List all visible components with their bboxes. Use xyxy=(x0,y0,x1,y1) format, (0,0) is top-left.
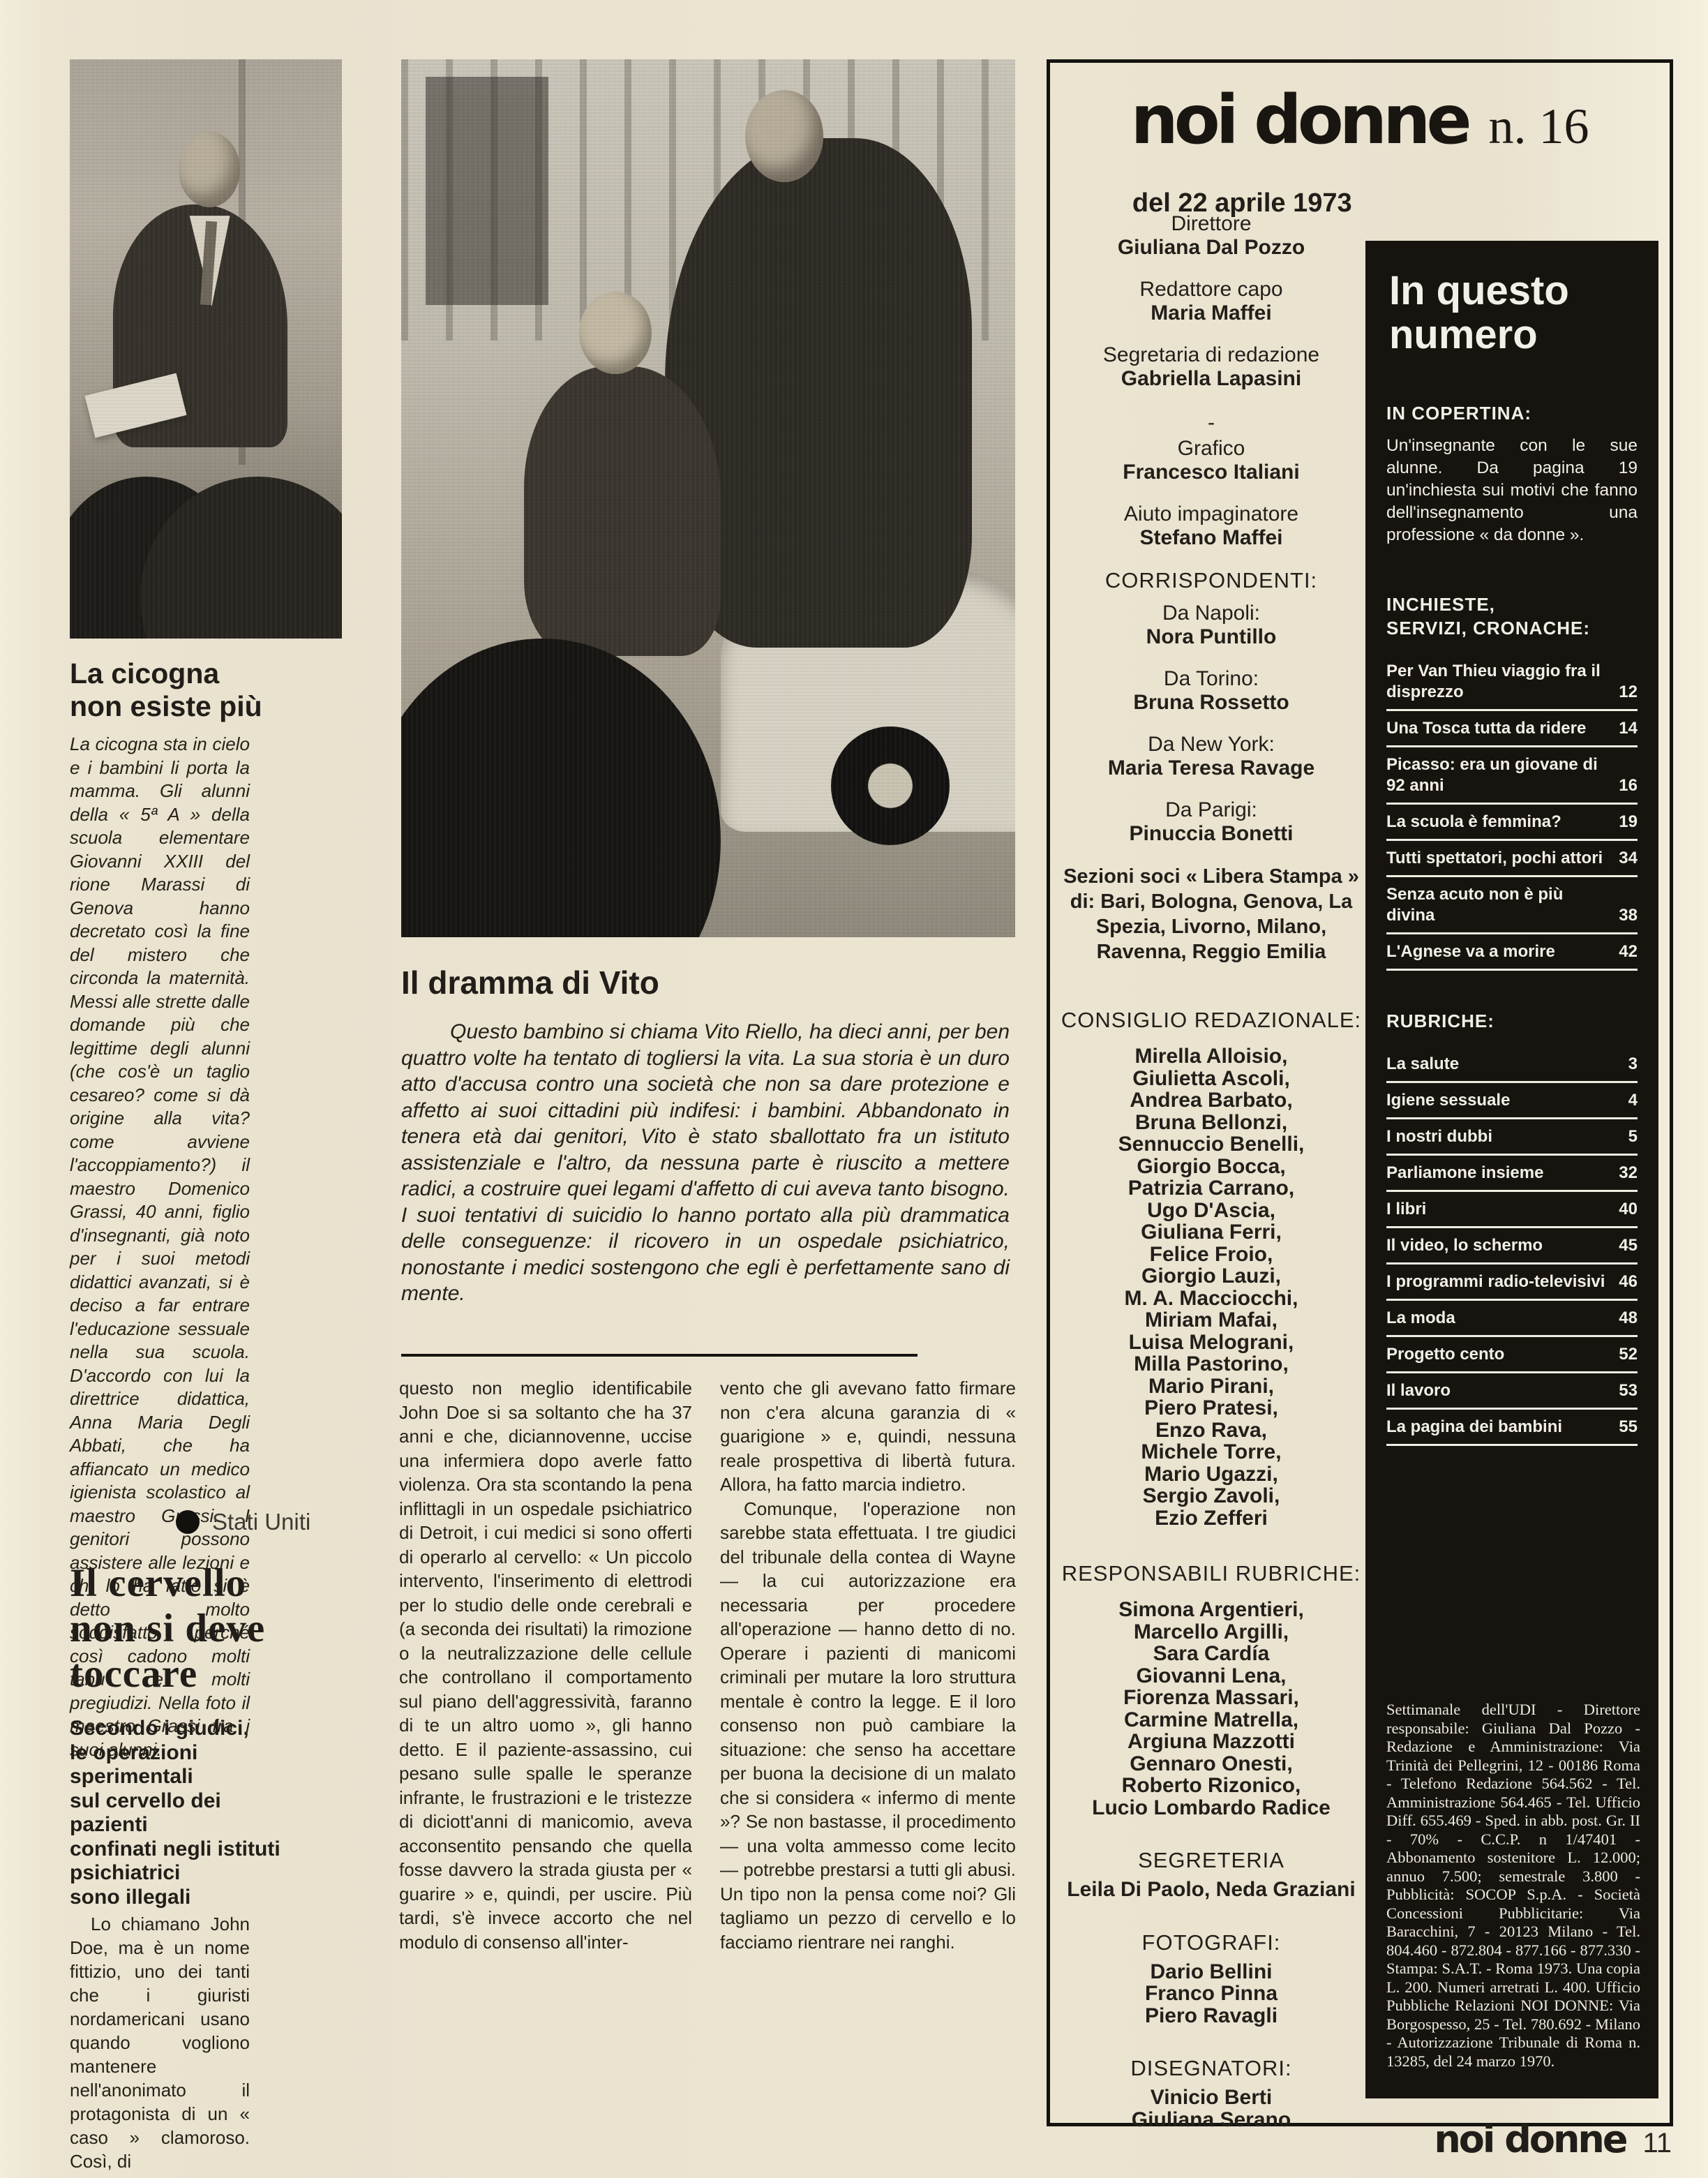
editorial-board-member: Patrizia Carrano, xyxy=(1054,1177,1369,1200)
toc-entry-page: 34 xyxy=(1619,848,1638,869)
photo-shape xyxy=(524,366,721,656)
toc-entry-page: 19 xyxy=(1619,812,1638,833)
toc-entry-page: 14 xyxy=(1619,718,1638,739)
correspondents-list: Da Napoli: Nora Puntillo Da Torino: Brun… xyxy=(1054,602,1369,846)
toc-entry-page: 52 xyxy=(1619,1344,1638,1365)
secretariat-names: Leila Di Paolo, Neda Graziani xyxy=(1054,1879,1369,1901)
toc-entry-title: Il video, lo schermo xyxy=(1386,1235,1543,1256)
toc-rubrics-list: La salute 3 Igiene sessuale 4 I nostri d… xyxy=(1386,1047,1638,1446)
toc-entry: Igiene sessuale 4 xyxy=(1386,1083,1638,1119)
staff-name: Maria Maffei xyxy=(1054,301,1369,325)
toc-entry: Il lavoro 53 xyxy=(1386,1373,1638,1410)
toc-entry: La moda 48 xyxy=(1386,1301,1638,1337)
body-column-2-paragraph: Comunque, l'operazione non sarebbe stata… xyxy=(720,1497,1016,1955)
correspondent-name: Maria Teresa Ravage xyxy=(1054,756,1369,780)
correspondent-entry: Da Torino: Bruna Rossetto xyxy=(1054,667,1369,715)
staff-role: Direttore xyxy=(1054,212,1369,236)
rubric-head-member: Lucio Lombardo Radice xyxy=(1054,1797,1369,1819)
staff-entry: Segretaria di redazione Gabriella Lapasi… xyxy=(1054,343,1369,391)
toc-entry: Parliamone insieme 32 xyxy=(1386,1156,1638,1192)
rubric-head-member: Fiorenza Massari, xyxy=(1054,1687,1369,1709)
article-standfirst-cervello: Secondo i giudici, le operazioni sperime… xyxy=(70,1717,300,1909)
editorial-board-member: Giulietta Ascoli, xyxy=(1054,1068,1369,1090)
staff-role: Redattore capo xyxy=(1054,278,1369,301)
toc-rubrics-header: RUBRICHE: xyxy=(1386,1009,1638,1033)
editorial-board-member: Bruna Bellonzi, xyxy=(1054,1112,1369,1134)
toc-entry-page: 45 xyxy=(1619,1235,1638,1256)
toc-entry: L'Agnese va a morire 42 xyxy=(1386,934,1638,971)
toc-entry-title: Parliamone insieme xyxy=(1386,1163,1543,1184)
editorial-board-member: Miriam Mafai, xyxy=(1054,1309,1369,1332)
toc-entry: Picasso: era un giovane di 92 anni 16 xyxy=(1386,747,1638,805)
staff-role: Aiuto impaginatore xyxy=(1054,502,1369,526)
dateline-stati-uniti: Stati Uniti xyxy=(176,1509,310,1535)
editorial-board-member: Milla Pastorino, xyxy=(1054,1353,1369,1375)
staff-entry: Redattore capo Maria Maffei xyxy=(1054,278,1369,325)
photo-shape xyxy=(831,726,950,845)
toc-entry: Per Van Thieu viaggio fra il disprezzo 1… xyxy=(1386,654,1638,711)
toc-entry-title: Senza acuto non è più divina xyxy=(1386,884,1608,926)
toc-entry-page: 46 xyxy=(1619,1271,1638,1292)
toc-entry-title: La pagina dei bambini xyxy=(1386,1417,1562,1438)
rubric-head-member: Gennaro Onesti, xyxy=(1054,1753,1369,1775)
photo-shape xyxy=(426,77,548,305)
vito-photo xyxy=(401,59,1015,937)
staff-name: Stefano Maffei xyxy=(1054,526,1369,550)
photographers-header: FOTOGRAFI: xyxy=(1054,1930,1369,1955)
photographer-name: Franco Pinna xyxy=(1054,1983,1369,2005)
toc-entry-title: I libri xyxy=(1386,1199,1426,1220)
photo-shape xyxy=(179,132,240,207)
staff-role: Segretaria di redazione xyxy=(1054,343,1369,367)
photo-shape xyxy=(401,59,1015,341)
illustrator-name: Vinicio Berti xyxy=(1054,2087,1369,2109)
editorial-board-member: Felice Froio, xyxy=(1054,1244,1369,1266)
correspondents-header: CORRISPONDENTI: xyxy=(1054,568,1369,593)
editorial-board-member: Luisa Melograni, xyxy=(1054,1332,1369,1354)
issue-number: n. 16 xyxy=(1489,98,1589,154)
correspondent-name: Nora Puntillo xyxy=(1054,625,1369,649)
correspondent-entry: Da Napoli: Nora Puntillo xyxy=(1054,602,1369,649)
masthead: noi donnen. 16 xyxy=(1050,81,1670,159)
toc-entry-page: 16 xyxy=(1619,775,1638,796)
toc-entry-page: 5 xyxy=(1628,1126,1638,1147)
editorial-board-member: Giorgio Bocca, xyxy=(1054,1156,1369,1178)
editorial-board-member: Mirella Alloisio, xyxy=(1054,1045,1369,1068)
correspondent-entry: Da New York: Maria Teresa Ravage xyxy=(1054,733,1369,780)
article-body-cervello: Lo chiamano John Doe, ma è un nome fitti… xyxy=(70,1912,250,2173)
body-column-2: vento che gli avevano fatto firmare non … xyxy=(720,1376,1016,1954)
rubric-head-member: Simona Argentieri, xyxy=(1054,1599,1369,1621)
body-column-2-paragraph: vento che gli avevano fatto firmare non … xyxy=(720,1376,1016,1497)
vito-lede: Questo bambino si chiama Vito Riello, ha… xyxy=(401,1019,1010,1307)
illustrators-header: DISEGNATORI: xyxy=(1054,2056,1369,2081)
staff-bottom-list: Grafico Francesco Italiani Aiuto impagin… xyxy=(1054,437,1369,550)
editorial-board-member: Ezio Zefferi xyxy=(1054,1507,1369,1530)
toc-entry-page: 12 xyxy=(1619,682,1638,703)
editorial-board-member: M. A. Macciocchi, xyxy=(1054,1288,1369,1310)
photo-shape xyxy=(721,569,1015,832)
toc-entry-page: 38 xyxy=(1619,905,1638,926)
photo-shape xyxy=(190,216,230,306)
staff-list: Direttore Giuliana Dal Pozzo Redattore c… xyxy=(1054,212,1369,2131)
photographers-list: Dario BelliniFranco PinnaPiero Ravagli xyxy=(1054,1961,1369,2027)
toc-entry: Senza acuto non è più divina 38 xyxy=(1386,877,1638,934)
toc-panel: In questo numero IN COPERTINA: Un'insegn… xyxy=(1365,241,1658,2098)
rubric-head-member: Carmine Matrella, xyxy=(1054,1709,1369,1731)
toc-entry-page: 48 xyxy=(1619,1308,1638,1329)
toc-entry-title: La moda xyxy=(1386,1308,1455,1329)
toc-entry: I programmi radio-televisivi 46 xyxy=(1386,1265,1638,1301)
editorial-board-member: Sennuccio Benelli, xyxy=(1054,1133,1369,1156)
photo-shape xyxy=(70,477,244,639)
caption-title-vito: Il dramma di Vito xyxy=(401,964,659,1001)
editorial-board-list: Mirella Alloisio,Giulietta Ascoli,Andrea… xyxy=(1054,1045,1369,1529)
illustrator-name: Giuliana Serano xyxy=(1054,2109,1369,2131)
illustrators-list: Vinicio BertiGiuliana Serano xyxy=(1054,2087,1369,2131)
toc-entry-page: 3 xyxy=(1628,1054,1638,1075)
article-title-cicogna: La cicogna non esiste più xyxy=(70,657,293,723)
toc-title: In questo numero xyxy=(1389,269,1638,357)
editorial-board-member: Giuliana Ferri, xyxy=(1054,1221,1369,1244)
sections-note: Sezioni soci « Libera Stampa » di: Bari,… xyxy=(1054,864,1369,964)
toc-entry-page: 55 xyxy=(1619,1417,1638,1438)
staff-name: Gabriella Lapasini xyxy=(1054,367,1369,391)
colophon: Settimanale dell'UDI - Direttore respons… xyxy=(1386,1701,1640,2071)
page-number: 11 xyxy=(1642,2128,1672,2159)
staff-name: Giuliana Dal Pozzo xyxy=(1054,236,1369,260)
bullet-icon xyxy=(176,1510,200,1534)
photo-shape xyxy=(665,138,972,648)
editorial-board-member: Michele Torre, xyxy=(1054,1441,1369,1463)
toc-entry: Progetto cento 52 xyxy=(1386,1337,1638,1373)
toc-entry-title: Igiene sessuale xyxy=(1386,1090,1510,1111)
correspondent-city: Da New York: xyxy=(1054,733,1369,756)
toc-entry: I nostri dubbi 5 xyxy=(1386,1119,1638,1156)
rubric-heads-list: Simona Argentieri,Marcello Argilli,Sara … xyxy=(1054,1599,1369,1819)
correspondent-city: Da Torino: xyxy=(1054,667,1369,691)
rubric-head-member: Marcello Argilli, xyxy=(1054,1621,1369,1643)
rubric-head-member: Giovanni Lena, xyxy=(1054,1665,1369,1687)
toc-entry: I libri 40 xyxy=(1386,1192,1638,1228)
toc-entry: La scuola è femmina? 19 xyxy=(1386,805,1638,841)
noi-donne-logo: noi donne xyxy=(1130,81,1467,159)
secretariat-header: SEGRETERIA xyxy=(1054,1848,1369,1873)
photo-shape xyxy=(745,90,823,182)
rubric-head-member: Sara Cardía xyxy=(1054,1643,1369,1665)
divider-dash: - xyxy=(1054,409,1369,437)
toc-entry-title: Una Tosca tutta da ridere xyxy=(1386,718,1586,739)
photo-shape xyxy=(200,221,217,306)
photo-shape xyxy=(401,639,721,937)
editorial-board-member: Piero Pratesi, xyxy=(1054,1397,1369,1419)
editorial-board-member: Andrea Barbato, xyxy=(1054,1089,1369,1112)
toc-entry-title: I nostri dubbi xyxy=(1386,1126,1492,1147)
toc-features-list: Per Van Thieu viaggio fra il disprezzo 1… xyxy=(1386,654,1638,971)
article-title-cervello: Il cervello non si deve toccare xyxy=(70,1560,307,1696)
toc-entry-page: 40 xyxy=(1619,1199,1638,1220)
photo-shape xyxy=(239,59,246,465)
staff-name: Francesco Italiani xyxy=(1054,461,1369,484)
toc-entry-page: 42 xyxy=(1619,941,1638,962)
classroom-photo xyxy=(70,59,342,639)
toc-entry: Il video, lo schermo 45 xyxy=(1386,1228,1638,1265)
toc-entry: Una Tosca tutta da ridere 14 xyxy=(1386,711,1638,747)
toc-entry-title: La scuola è femmina? xyxy=(1386,812,1561,833)
photographer-name: Dario Bellini xyxy=(1054,1961,1369,1983)
footer-logo: noi donne xyxy=(1434,2117,1626,2161)
staff-entry: Direttore Giuliana Dal Pozzo xyxy=(1054,212,1369,260)
toc-entry: Tutti spettatori, pochi attori 34 xyxy=(1386,841,1638,877)
toc-entry-title: La salute xyxy=(1386,1054,1459,1075)
photographer-name: Piero Ravagli xyxy=(1054,2005,1369,2027)
toc-entry: La pagina dei bambini 55 xyxy=(1386,1410,1638,1446)
horizontal-rule xyxy=(401,1354,917,1357)
rubric-heads-header: RESPONSABILI RUBRICHE: xyxy=(1054,1561,1369,1586)
photo-shape xyxy=(113,204,287,448)
masthead-toc-panel: noi donnen. 16 del 22 aprile 1973 Dirett… xyxy=(1047,59,1673,2126)
toc-entry-title: Per Van Thieu viaggio fra il disprezzo xyxy=(1386,661,1608,703)
correspondent-city: Da Parigi: xyxy=(1054,798,1369,822)
dateline-label: Stati Uniti xyxy=(212,1509,310,1535)
toc-cover-text: Un'insegnante con le sue alunne. Da pagi… xyxy=(1386,435,1638,546)
editorial-board-header: CONSIGLIO REDAZIONALE: xyxy=(1054,1008,1369,1033)
page-footer: noi donne 11 xyxy=(1434,2117,1672,2161)
photo-shape xyxy=(85,373,187,438)
editorial-board-member: Mario Ugazzi, xyxy=(1054,1463,1369,1486)
toc-entry-page: 32 xyxy=(1619,1163,1638,1184)
toc-features-header: INCHIESTE, SERVIZI, CRONACHE: xyxy=(1386,592,1638,640)
body-column-1: questo non meglio identificabile John Do… xyxy=(399,1376,692,1954)
correspondent-name: Pinuccia Bonetti xyxy=(1054,822,1369,846)
magazine-page: La cicogna non esiste più La cicogna sta… xyxy=(0,0,1708,2178)
editorial-board-member: Mario Pirani, xyxy=(1054,1375,1369,1398)
editorial-board-member: Sergio Zavoli, xyxy=(1054,1485,1369,1507)
rubric-head-member: Argiuna Mazzotti xyxy=(1054,1731,1369,1753)
staff-entry: Aiuto impaginatore Stefano Maffei xyxy=(1054,502,1369,550)
toc-cover-header: IN COPERTINA: xyxy=(1386,401,1638,425)
photo-shape xyxy=(140,477,342,639)
correspondent-entry: Da Parigi: Pinuccia Bonetti xyxy=(1054,798,1369,846)
photo-shape xyxy=(579,292,652,374)
correspondent-city: Da Napoli: xyxy=(1054,602,1369,625)
editorial-board-member: Giorgio Lauzi, xyxy=(1054,1265,1369,1288)
staff-role: Grafico xyxy=(1054,437,1369,461)
toc-entry-title: Tutti spettatori, pochi attori xyxy=(1386,848,1603,869)
staff-top-list: Direttore Giuliana Dal Pozzo Redattore c… xyxy=(1054,212,1369,391)
toc-entry-title: Picasso: era un giovane di 92 anni xyxy=(1386,754,1608,796)
toc-entry-page: 4 xyxy=(1628,1090,1638,1111)
toc-entry-title: Il lavoro xyxy=(1386,1380,1451,1401)
rubric-head-member: Roberto Rizonico, xyxy=(1054,1775,1369,1797)
editorial-board-member: Enzo Rava, xyxy=(1054,1419,1369,1442)
toc-entry-page: 53 xyxy=(1619,1380,1638,1401)
toc-entry-title: L'Agnese va a morire xyxy=(1386,941,1555,962)
staff-entry: Grafico Francesco Italiani xyxy=(1054,437,1369,484)
toc-entry-title: I programmi radio-televisivi xyxy=(1386,1271,1605,1292)
editorial-board-member: Ugo D'Ascia, xyxy=(1054,1200,1369,1222)
toc-entry: La salute 3 xyxy=(1386,1047,1638,1083)
toc-entry-title: Progetto cento xyxy=(1386,1344,1504,1365)
correspondent-name: Bruna Rossetto xyxy=(1054,691,1369,715)
